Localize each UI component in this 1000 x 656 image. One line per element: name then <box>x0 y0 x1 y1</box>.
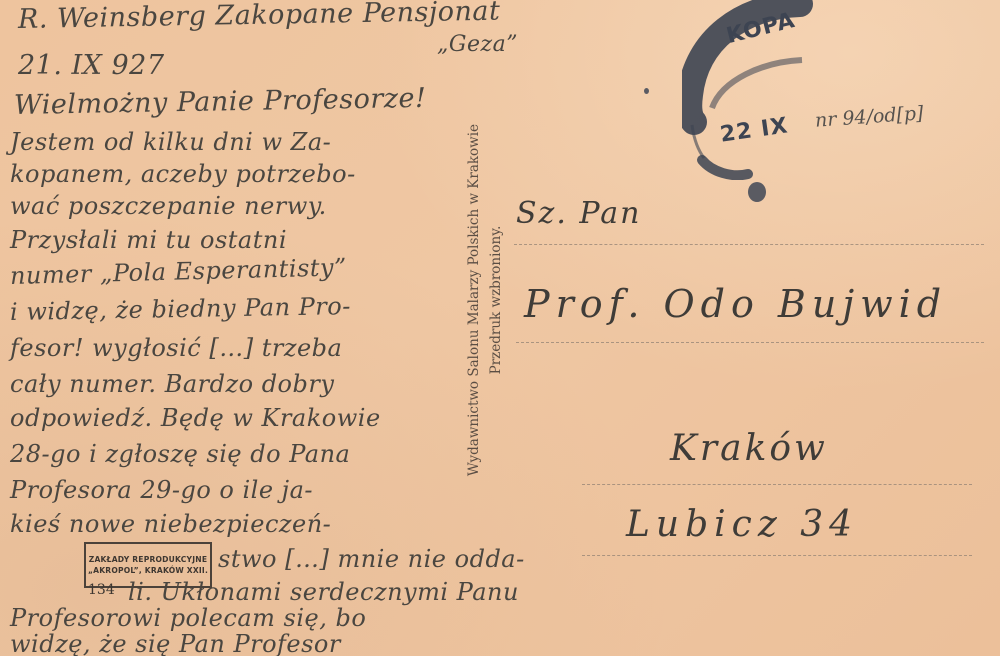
message-line: Profesora 29-go o ile ja- <box>10 476 313 504</box>
message-line: kieś nowe niebezpieczeń- <box>10 510 331 538</box>
sender-line: R. Weinsberg Zakopane Pensjonat <box>18 0 501 35</box>
printer-stamp-line2: „AKROPOL”, KRAKÓW XXII. <box>88 565 208 576</box>
publisher-imprint: Wydawnictwo Salonu Malarzy Polskich w Kr… <box>468 40 503 560</box>
postcard: R. Weinsberg Zakopane Pensjonat „Geza” 2… <box>0 0 1000 656</box>
message-line: numer „Pola Esperantisty” <box>10 253 348 290</box>
address-line-4 <box>582 555 972 556</box>
printer-stamp-line1: ZAKŁADY REPRODUKCYJNE <box>89 554 207 565</box>
message-line: wać poszczepanie nerwy. <box>10 192 327 220</box>
message-line: Jestem od kilku dni w Za- <box>10 128 331 156</box>
message-line: Profesorowi polecam się, bo <box>10 604 366 632</box>
message-line: fesor! wygłosić […] trzeba <box>10 334 342 362</box>
address-name: Prof. Odo Bujwid <box>524 282 947 326</box>
address-salutation: Sz. Pan <box>516 196 641 231</box>
ink-blot <box>644 88 649 94</box>
message-line: cały numer. Bardzo dobry <box>10 370 334 398</box>
message-line: 28-go i zgłoszę się do Pana <box>10 440 350 468</box>
message-line: i widzę, że biedny Pan Pro- <box>10 292 351 326</box>
message-line: Przysłali mi tu ostatni <box>10 226 287 254</box>
publisher-line: Wydawnictwo Salonu Malarzy Polskich w Kr… <box>468 40 482 560</box>
address-line-3 <box>582 484 972 485</box>
address-street: Lubicz 34 <box>626 504 858 545</box>
reprint-notice: Przedruk wzbroniony. <box>490 40 504 560</box>
letter-date: 21. IX 927 <box>18 50 165 81</box>
message-line: widzę, że się Pan Profesor <box>10 630 341 656</box>
address-line-2 <box>516 342 984 343</box>
message-line: Wielmożny Panie Profesorze! <box>14 83 427 121</box>
address-city: Kraków <box>670 428 828 469</box>
message-line: odpowiedź. Będę w Krakowie <box>10 404 381 432</box>
address-line-1 <box>514 244 984 245</box>
card-number: 134 <box>88 582 115 598</box>
ink-blot <box>748 182 766 202</box>
message-line: kopanem, aczeby potrzebo- <box>10 160 356 188</box>
